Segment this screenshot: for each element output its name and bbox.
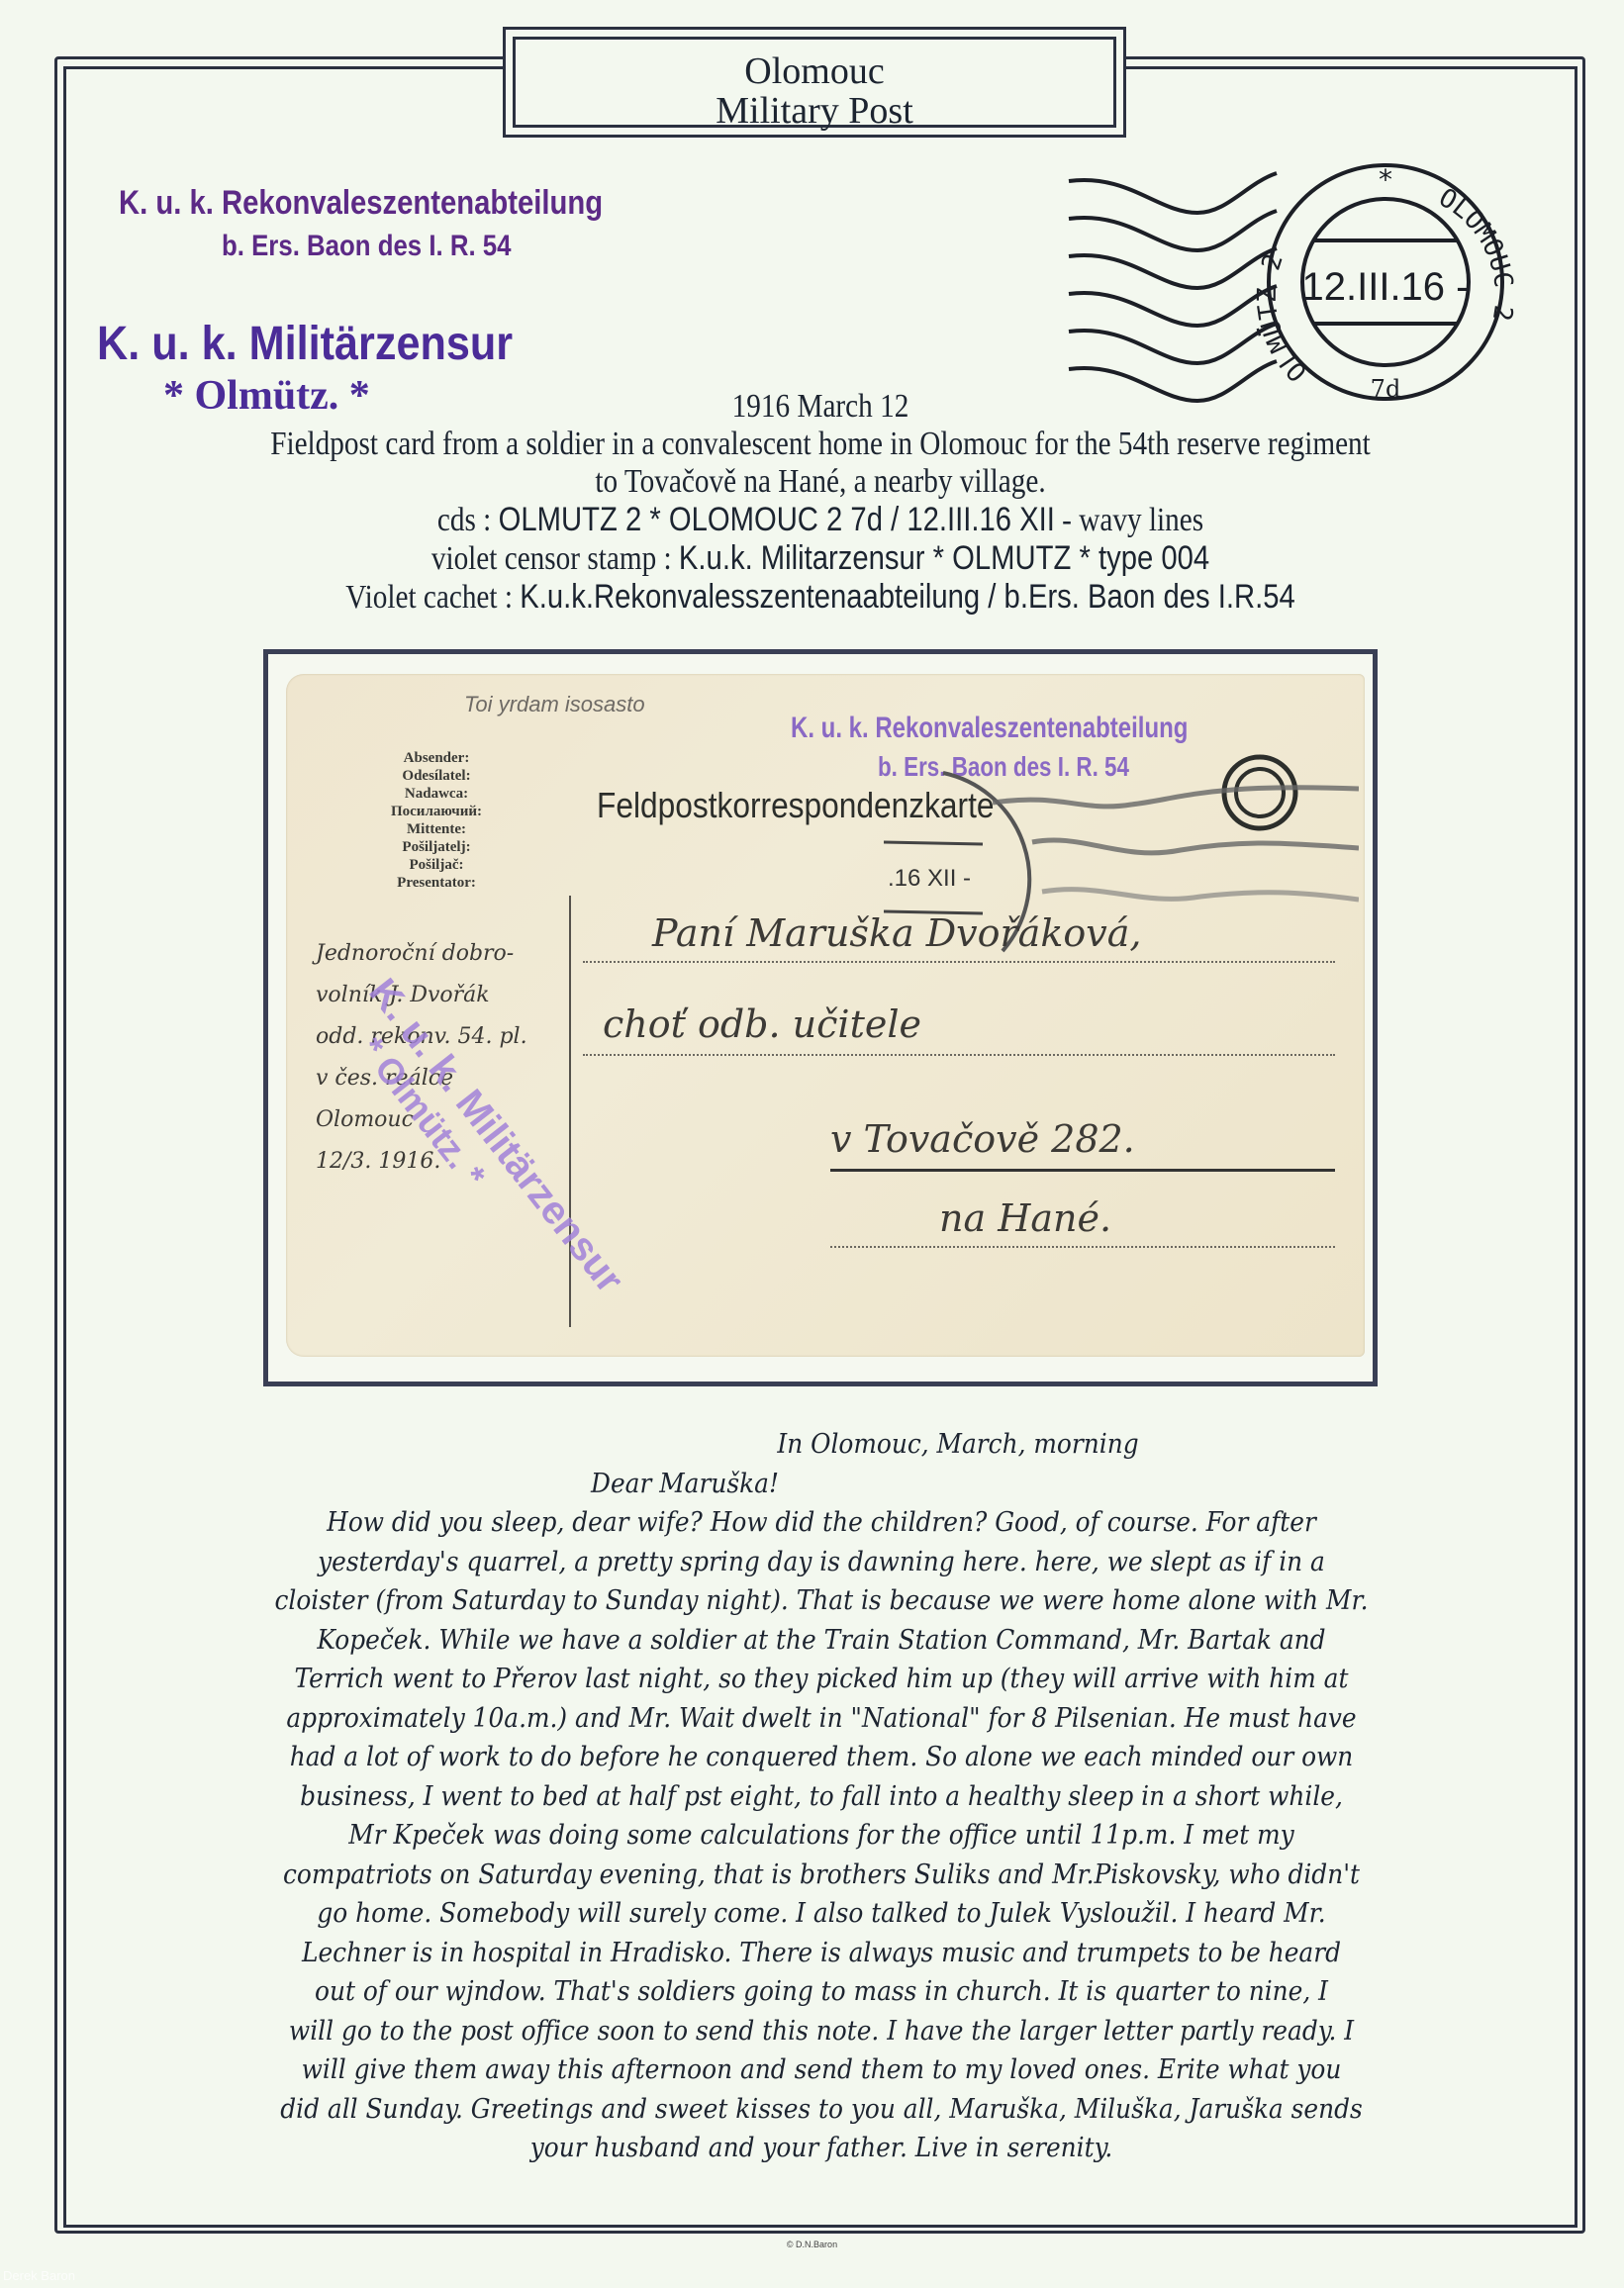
letter-line: Terrich went to Přerov last night, so th… (175, 1660, 1468, 1699)
letter-line: go home. Somebody will surely come. I al… (175, 1894, 1468, 1934)
address-line3: v Tovačově 282. (830, 1117, 1135, 1161)
sender-label: Mittente: (377, 820, 496, 838)
letter-dateline: In Olomouc, March, morning (175, 1425, 1468, 1465)
postcard-image: Toi yrdam isosasto K. u. k. Rekonvalesze… (286, 674, 1365, 1357)
sender-label: Odesílatel: (377, 767, 496, 785)
sender-label: Pošiljač: (377, 856, 496, 874)
description-cachet: Violet cachet : K.u.k.Rekonvalesszentena… (169, 578, 1472, 617)
address-line1: Paní Maruška Dvořáková, (652, 911, 1141, 955)
letter-line: your husband and your father. Live in se… (175, 2129, 1468, 2168)
cachet-illustration-line1: K. u. k. Rekonvaleszentenabteilung (119, 184, 603, 223)
letter-line: compatriots on Saturday evening, that is… (175, 1856, 1468, 1895)
letter-line: approximately 10a.m.) and Mr. Wait dwelt… (175, 1699, 1468, 1739)
letter-line: How did you sleep, dear wife? How did th… (175, 1503, 1468, 1543)
svg-text:12.III.16 -: 12.III.16 - (1302, 265, 1470, 309)
letter-line: out of our wjndow. That's soldiers going… (175, 1972, 1468, 2012)
cds-postmark-illustration: 12.III.16 - * 7d OLMÜTZ 2 OLOMOUC 2 (1049, 153, 1583, 421)
letter-line: will give them away this afternoon and s… (175, 2050, 1468, 2090)
censor-illustration-line1: K. u. k. Militärzensur (97, 317, 513, 371)
sender-label: Absender: (377, 749, 496, 767)
description-block: 1916 March 12 Fieldpost card from a sold… (63, 388, 1577, 617)
letter-line: did all Sunday. Greetings and sweet kiss… (175, 2090, 1468, 2130)
description-line2: to Tovačově na Hané, a nearby village. (169, 463, 1472, 501)
page-subtitle: Military Post (516, 91, 1113, 131)
title-box: Olomouc Military Post (503, 27, 1126, 138)
svg-text:.16 XII -: .16 XII - (888, 865, 971, 892)
address-line4: na Hané. (939, 1196, 1111, 1240)
letter-line: will go to the post office soon to send … (175, 2012, 1468, 2051)
letter-line: business, I went to bed at half pst eigh… (175, 1777, 1468, 1817)
copyright: © D.N.Baron (0, 2240, 1624, 2249)
wavy-lines-icon (1069, 173, 1277, 401)
letter-salutation: Dear Maruška! (175, 1465, 1468, 1504)
description-line1: Fieldpost card from a soldier in a conva… (169, 426, 1472, 463)
sender-label: Nadawca: (377, 785, 496, 803)
letter-line: Mr Kpeček was doing some calculations fo… (175, 1816, 1468, 1856)
description-date: 1916 March 12 (169, 388, 1472, 426)
sender-label: Pošiljatelj: (377, 838, 496, 856)
letter-line: had a lot of work to do before he conque… (175, 1738, 1468, 1777)
description-cds: cds : OLMUTZ 2 * OLOMOUC 2 7d / 12.III.1… (169, 501, 1472, 539)
cachet-illustration-line2: b. Ers. Baon des I. R. 54 (222, 230, 511, 263)
address-line2: choť odb. učitele (603, 1002, 921, 1046)
sender-labels: Absender:Odesílatel:Nadawca:Посилаючий:M… (377, 749, 496, 892)
svg-text:*: * (1379, 163, 1392, 196)
page-title: Olomouc (516, 51, 1113, 91)
letter-line: yesterday's quarrel, a pretty spring day… (175, 1543, 1468, 1582)
letter-line: cloister (from Saturday to Sunday night)… (175, 1581, 1468, 1621)
sender-label: Посилаючий: (377, 803, 496, 820)
letter-line: Lechner is in hospital in Hradisko. Ther… (175, 1934, 1468, 1973)
letter-line: Kopeček. While we have a soldier at the … (175, 1621, 1468, 1661)
description-censor: violet censor stamp : K.u.k. Militarzens… (169, 539, 1472, 578)
letter-translation: In Olomouc, March, morningDear Maruška!H… (119, 1425, 1524, 2168)
sender-hand-line: Jednoroční dobro- (316, 933, 563, 975)
postcard-image-frame: Toi yrdam isosasto K. u. k. Rekonvalesze… (263, 649, 1378, 1386)
pencil-note: Toi yrdam isosasto (464, 692, 645, 717)
watermark: Derek Baron (3, 2268, 75, 2283)
sender-label: Presentator: (377, 874, 496, 892)
